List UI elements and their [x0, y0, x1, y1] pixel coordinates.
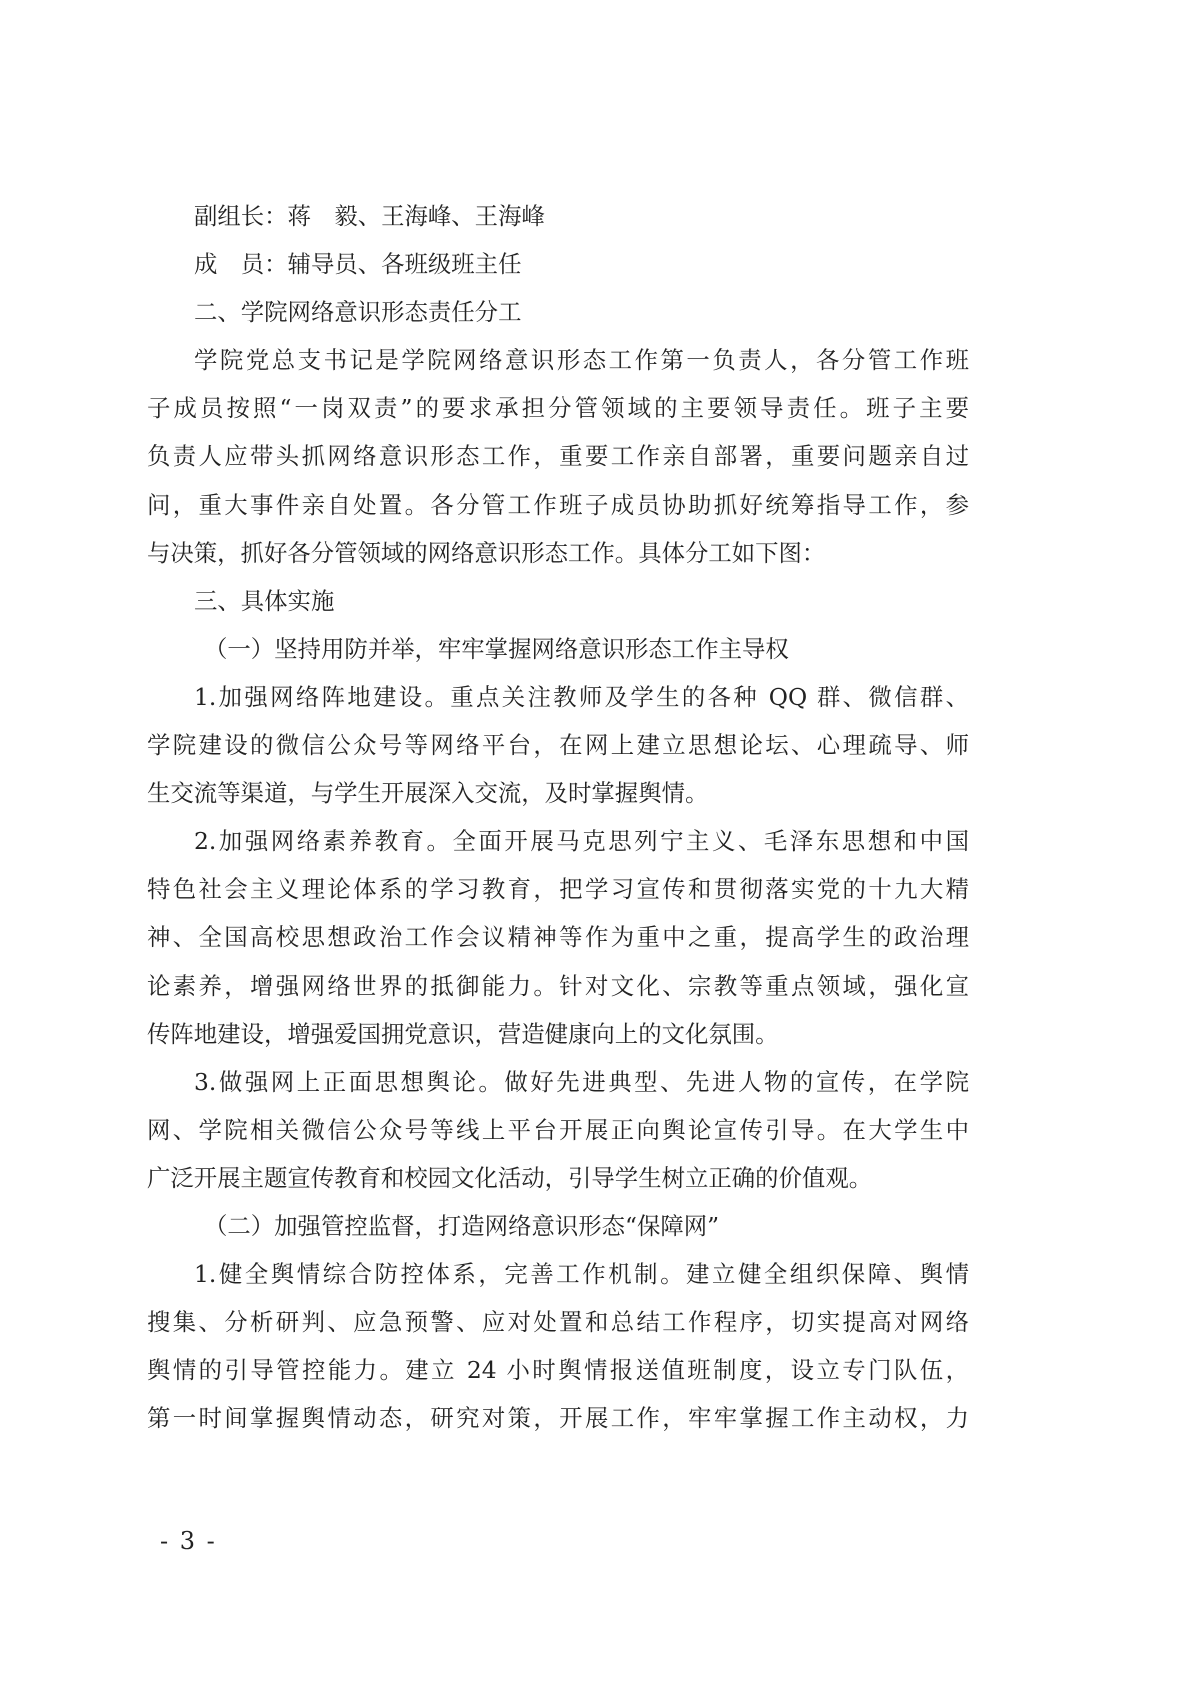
- text-line: 学院党总支书记是学院网络意识形态工作第一负责人，各分管工作班: [147, 336, 969, 384]
- text-line: 广泛开展主题宣传教育和校园文化活动，引导学生树立正确的价值观。: [147, 1154, 969, 1202]
- text-line: 2.加强网络素养教育。全面开展马克思列宁主义、毛泽东思想和中国: [147, 817, 969, 865]
- text-line: 负责人应带头抓网络意识形态工作，重要工作亲自部署，重要问题亲自过: [147, 432, 969, 480]
- text-line: 特色社会主义理论体系的学习教育，把学习宣传和贯彻落实党的十九大精: [147, 865, 969, 913]
- text-line: 舆情的引导管控能力。建立 24 小时舆情报送值班制度，设立专门队伍，: [147, 1346, 969, 1394]
- text-line: 论素养，增强网络世界的抵御能力。针对文化、宗教等重点领域，强化宣: [147, 962, 969, 1010]
- document-page: 副组长：蒋 毅、王海峰、王海峰成 员：辅导员、各班级班主任二、学院网络意识形态责…: [0, 0, 1191, 1684]
- text-line: 3.做强网上正面思想舆论。做好先进典型、先进人物的宣传，在学院: [147, 1058, 969, 1106]
- page-number: - 3 -: [160, 1527, 217, 1555]
- text-line: 网、学院相关微信公众号等线上平台开展正向舆论宣传引导。在大学生中: [147, 1106, 969, 1154]
- text-line: 传阵地建设，增强爱国拥党意识，营造健康向上的文化氛围。: [147, 1010, 969, 1058]
- text-line: 二、学院网络意识形态责任分工: [147, 288, 969, 336]
- text-line: 搜集、分析研判、应急预警、应对处置和总结工作程序，切实提高对网络: [147, 1298, 969, 1346]
- text-line: 生交流等渠道，与学生开展深入交流，及时掌握舆情。: [147, 769, 969, 817]
- text-line: 子成员按照“一岗双责”的要求承担分管领域的主要领导责任。班子主要: [147, 384, 969, 432]
- text-line: 学院建设的微信公众号等网络平台，在网上建立思想论坛、心理疏导、师: [147, 721, 969, 769]
- text-line: 副组长：蒋 毅、王海峰、王海峰: [147, 192, 969, 240]
- text-line: （一）坚持用防并举，牢牢掌握网络意识形态工作主导权: [147, 625, 969, 673]
- text-line: 神、全国高校思想政治工作会议精神等作为重中之重，提高学生的政治理: [147, 913, 969, 961]
- text-line: 1.加强网络阵地建设。重点关注教师及学生的各种 QQ 群、微信群、: [147, 673, 969, 721]
- text-line: 第一时间掌握舆情动态，研究对策，开展工作，牢牢掌握工作主动权，力: [147, 1394, 969, 1442]
- text-line: 与决策，抓好各分管领域的网络意识形态工作。具体分工如下图：: [147, 529, 969, 577]
- text-line: 问，重大事件亲自处置。各分管工作班子成员协助抓好统筹指导工作，参: [147, 481, 969, 529]
- document-body: 副组长：蒋 毅、王海峰、王海峰成 员：辅导员、各班级班主任二、学院网络意识形态责…: [147, 192, 969, 1442]
- text-line: 1.健全舆情综合防控体系，完善工作机制。建立健全组织保障、舆情: [147, 1250, 969, 1298]
- text-line: 三、具体实施: [147, 577, 969, 625]
- text-line: 成 员：辅导员、各班级班主任: [147, 240, 969, 288]
- text-line: （二）加强管控监督，打造网络意识形态“保障网”: [147, 1202, 969, 1250]
